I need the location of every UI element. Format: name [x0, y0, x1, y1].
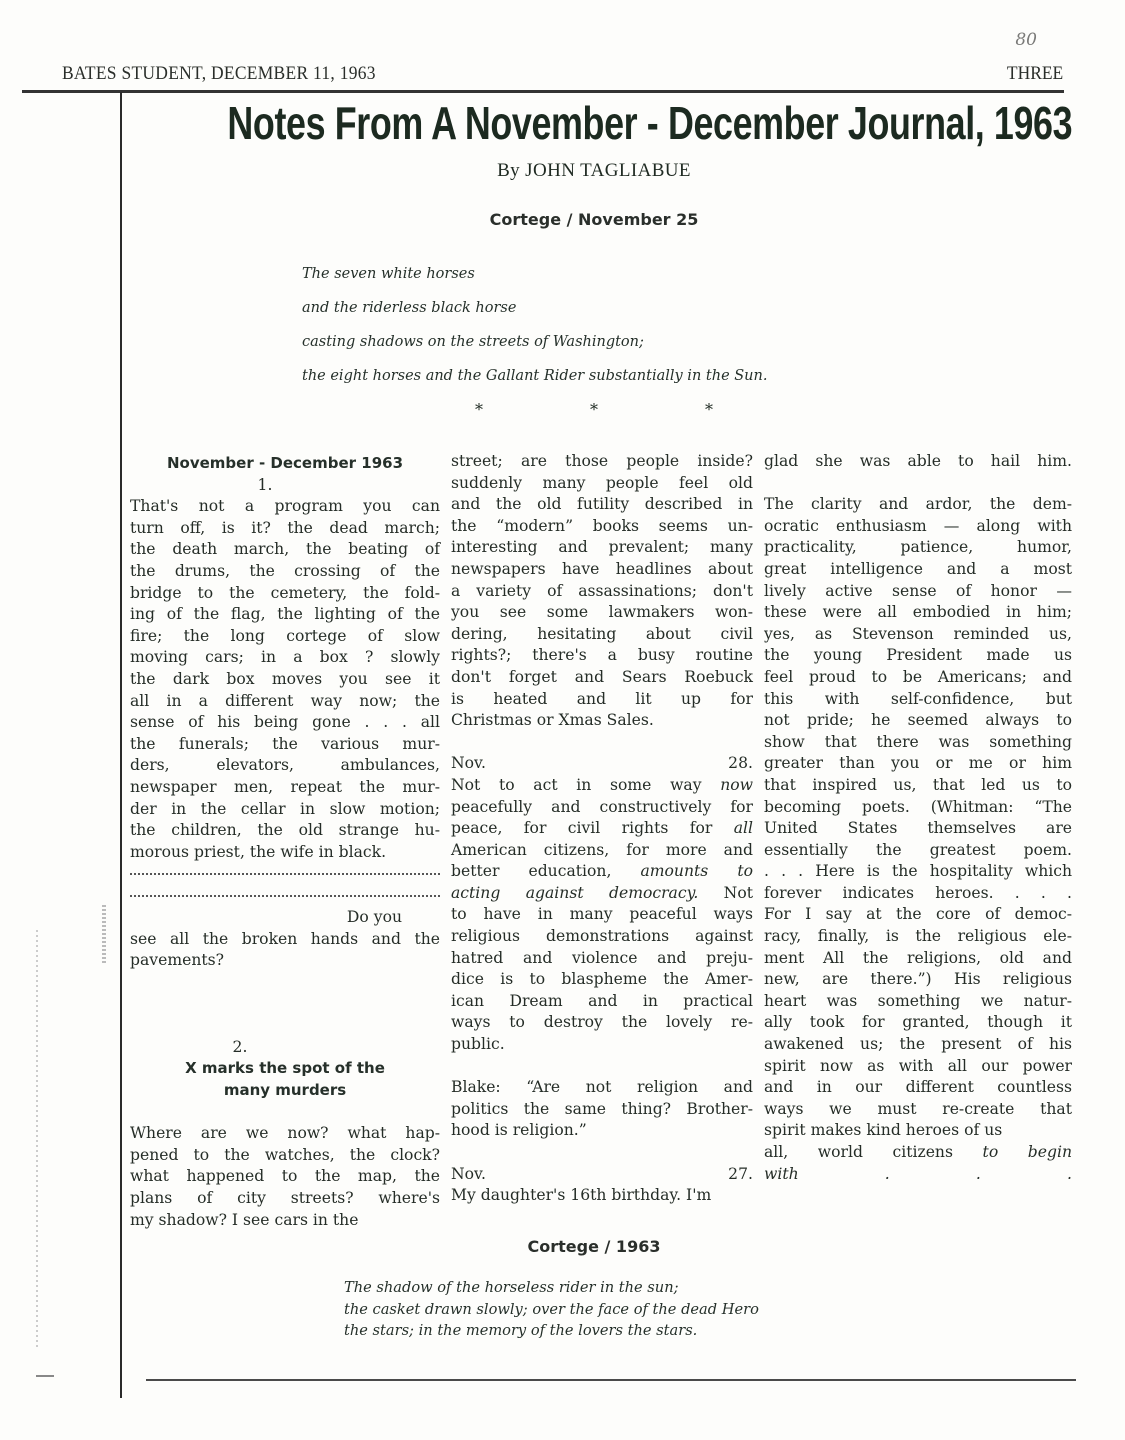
poem-line: casting shadows on the streets of Washin…	[302, 325, 767, 359]
text-line: great intelligence and a most	[764, 559, 1072, 581]
text-line: acting against democracy. Not	[451, 883, 753, 905]
section-separator-asterisks: ***	[124, 400, 1064, 419]
text-line: That's not a program you can	[130, 496, 440, 518]
text-line: spirit makes kind heroes of us	[764, 1120, 1072, 1142]
text-line: the young President made us	[764, 645, 1072, 667]
text-line: der in the cellar in slow motion;	[130, 799, 440, 821]
text-line: Christmas or Xmas Sales.	[451, 710, 753, 732]
text-line: to have in many peaceful ways	[451, 904, 753, 926]
section-number: 2.	[130, 1037, 440, 1059]
text-line: . . . Here is the hospitality which	[764, 861, 1072, 883]
text-line: dering, hesitating about civil	[451, 624, 753, 646]
text-line: ment All the religions, old and	[764, 948, 1072, 970]
text-line: religious demonstrations against	[451, 926, 753, 948]
text-line: ways we must re-create that	[764, 1099, 1072, 1121]
journal-date: Nov. 27.	[451, 1164, 753, 1186]
text-line: the children, the old strange hu-	[130, 820, 440, 842]
text-line: hatred and violence and preju-	[451, 948, 753, 970]
text-line: and the old futility described in	[451, 494, 753, 516]
scan-margin-artifact	[36, 1375, 54, 1377]
text-line: suddenly many people feel old	[451, 473, 753, 495]
text-line: ing of the flag, the lighting of the	[130, 604, 440, 626]
page-number-label: THREE	[1007, 63, 1063, 85]
journal-date: Nov. 28.	[451, 753, 753, 775]
text-line: don't forget and Sears Roebuck	[451, 667, 753, 689]
text-line: glad she was able to hail him.	[764, 451, 1072, 473]
poem-line: The seven white horses	[302, 257, 767, 291]
poem-line: The shadow of the horseless rider in the…	[344, 1277, 759, 1299]
text-line: peace, for civil rights for all	[451, 818, 753, 840]
text-line: For I say at the core of democ-	[764, 904, 1072, 926]
publication-masthead: BATES STUDENT, DECEMBER 11, 1963	[62, 63, 376, 85]
text-line: pened to the watches, the clock?	[130, 1145, 440, 1167]
text-line: spirit now as with all our power	[764, 1056, 1072, 1078]
text-line: feel proud to be Americans; and	[764, 667, 1072, 689]
text-line: the funerals; the various mur-	[130, 734, 440, 756]
section-heading: X marks the spot of the	[130, 1058, 440, 1080]
section-number: 1.	[130, 475, 440, 497]
text-line: Where are we now? what hap-	[130, 1123, 440, 1145]
text-line: turn off, is it? the dead march;	[130, 518, 440, 540]
text-line: hood is religion.”	[451, 1120, 753, 1142]
text-line: essentially the greatest poem.	[764, 840, 1072, 862]
text-line: new, are there.”) His religious	[764, 969, 1072, 991]
text-line: you see some lawmakers won-	[451, 602, 753, 624]
text-line: practicality, patience, humor,	[764, 537, 1072, 559]
text-line: ocratic enthusiasm — along with	[764, 516, 1072, 538]
text-line: racy, finally, is the religious ele-	[764, 926, 1072, 948]
dotted-divider	[130, 863, 440, 875]
text-line: Not to act in some way now	[451, 775, 753, 797]
text-line: moving cars; in a box ? slowly	[130, 647, 440, 669]
text-line: the death march, the beating of	[130, 539, 440, 561]
scan-margin-artifact	[36, 930, 38, 1350]
asterisk: *	[422, 400, 537, 419]
text-line: lively active sense of honor —	[764, 581, 1072, 603]
text-line: ican Dream and in practical	[451, 991, 753, 1013]
text-line: these were all embodied in him;	[764, 602, 1072, 624]
text-line: becoming poets. (Whitman: “The	[764, 797, 1072, 819]
text-line: fire; the long cortege of slow	[130, 626, 440, 648]
text-line: street; are those people inside?	[451, 451, 753, 473]
text-line: see all the broken hands and the	[130, 929, 440, 951]
text-line: public.	[451, 1034, 753, 1056]
text-line: what happened to the map, the	[130, 1166, 440, 1188]
text-line: bridge to the cemetery, the fold-	[130, 583, 440, 605]
poem-cortege-1963: The shadow of the horseless rider in the…	[344, 1277, 759, 1342]
text-line: the “modern” books seems un-	[451, 516, 753, 538]
text-line: newspapers have headlines about	[451, 559, 753, 581]
text-line: this with self-confidence, but	[764, 689, 1072, 711]
text-line: Blake: “Are not religion and	[451, 1077, 753, 1099]
poem-line: the casket drawn slowly; over the face o…	[344, 1299, 759, 1321]
masthead-rule	[22, 90, 1064, 93]
article-headline: Notes From A November - December Journal…	[227, 96, 960, 150]
text-line: sense of his being gone . . . all	[130, 712, 440, 734]
text-line: rights?; there's a busy routine	[451, 645, 753, 667]
text-line: the dark box moves you see it	[130, 669, 440, 691]
text-line: show that there was something	[764, 732, 1072, 754]
scan-margin-artifact	[102, 905, 106, 965]
asterisk: *	[652, 400, 767, 419]
text-line: dice is to blaspheme the Amer-	[451, 969, 753, 991]
article-column-2: street; are those people inside?suddenly…	[451, 451, 753, 1207]
text-line: my shadow? I see cars in the	[130, 1210, 440, 1232]
text-line: The clarity and ardor, the dem-	[764, 494, 1072, 516]
text-line: better education, amounts to	[451, 861, 753, 883]
text-line: pavements?	[130, 950, 440, 972]
asterisk: *	[537, 400, 652, 419]
text-line: ders, elevators, ambulances,	[130, 755, 440, 777]
text-line: is heated and lit up for	[451, 689, 753, 711]
article-column-3: glad she was able to hail him. The clari…	[764, 451, 1072, 1185]
text-line: Do you	[130, 907, 440, 929]
article-byline: By JOHN TAGLIABUE	[124, 160, 1064, 182]
text-line: with . . .	[764, 1164, 1072, 1186]
poem-title-cortege-1963: Cortege / 1963	[124, 1237, 1064, 1256]
section-heading: November - December 1963	[130, 453, 440, 475]
text-line: politics the same thing? Brother-	[451, 1099, 753, 1121]
poem-line: the eight horses and the Gallant Rider s…	[302, 359, 767, 393]
text-line: awakened us; the present of his	[764, 1034, 1072, 1056]
text-line: American citizens, for more and	[451, 840, 753, 862]
text-line: and in our different countless	[764, 1077, 1072, 1099]
text-line: plans of city streets? where's	[130, 1188, 440, 1210]
text-line: a variety of assassinations; don't	[451, 581, 753, 603]
text-line: yes, as Stevenson reminded us,	[764, 624, 1072, 646]
poem-line: and the riderless black horse	[302, 291, 767, 325]
poem-cortege-november: The seven white horses and the riderless…	[302, 257, 767, 393]
text-line: heart was something we natur-	[764, 991, 1072, 1013]
text-line: My daughter's 16th birthday. I'm	[451, 1185, 753, 1207]
article-column-1: November - December 1963 1. That's not a…	[130, 453, 440, 1231]
text-line: interesting and prevalent; many	[451, 537, 753, 559]
text-line: forever indicates heroes. . . .	[764, 883, 1072, 905]
text-line: United States themselves are	[764, 818, 1072, 840]
text-line: all in a different way now; the	[130, 691, 440, 713]
dotted-divider	[130, 885, 440, 897]
column-border-rule	[120, 92, 122, 1398]
text-line: the drums, the crossing of the	[130, 561, 440, 583]
text-line: not pride; he seemed always to	[764, 710, 1072, 732]
poem-line: the stars; in the memory of the lovers t…	[344, 1320, 759, 1342]
text-line: that inspired us, that led us to	[764, 775, 1072, 797]
text-line: morous priest, the wife in black.	[130, 842, 440, 864]
text-line: ally took for granted, though it	[764, 1012, 1072, 1034]
text-line: ways to destroy the lovely re-	[451, 1012, 753, 1034]
text-line: greater than you or me or him	[764, 753, 1072, 775]
footer-rule	[146, 1379, 1076, 1381]
section-heading: many murders	[130, 1080, 440, 1102]
poem-title-cortege-november: Cortege / November 25	[124, 210, 1064, 229]
text-line: newspaper men, repeat the mur-	[130, 777, 440, 799]
handwritten-page-note: 80	[1015, 30, 1037, 50]
text-line: all, world citizens to begin	[764, 1142, 1072, 1164]
text-line: peacefully and constructively for	[451, 797, 753, 819]
